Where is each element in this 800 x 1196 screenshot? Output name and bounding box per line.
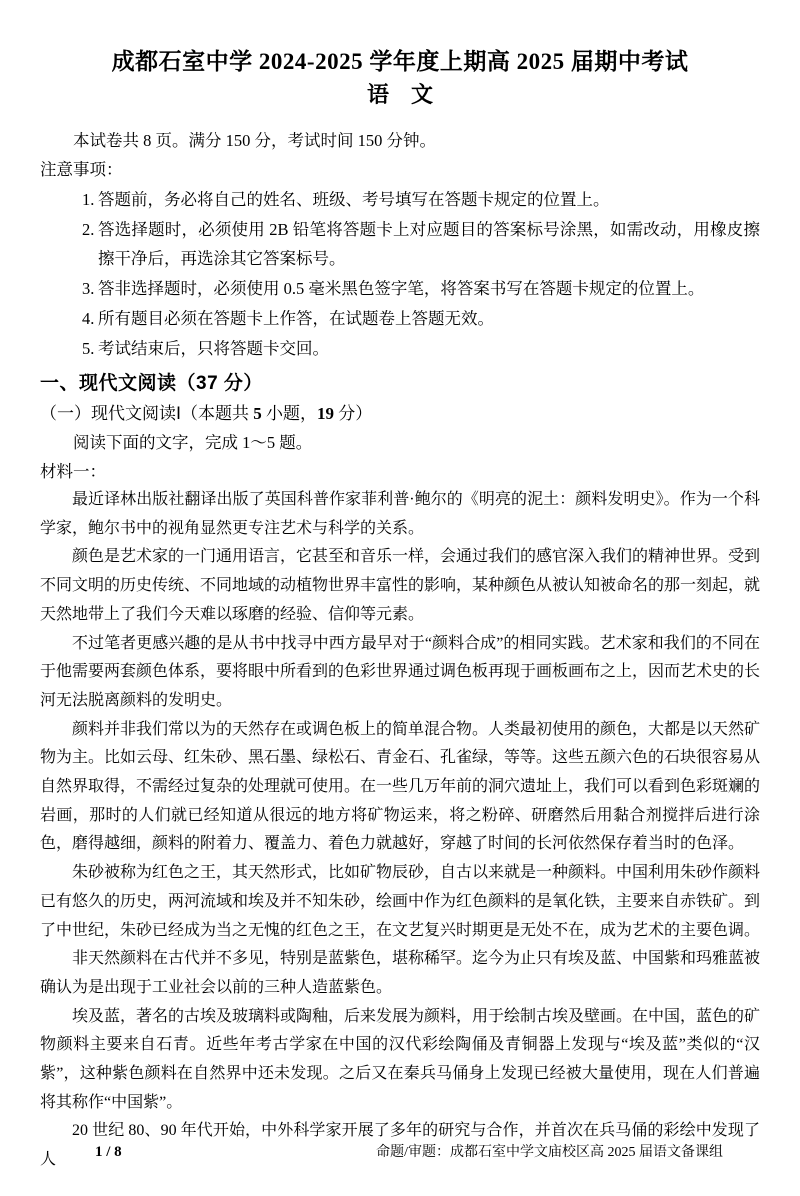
body-paragraph: 颜料并非我们常以为的天然存在或调色板上的简单混合物。人类最初使用的颜色，大都是以… bbox=[40, 716, 760, 860]
notice-item: 5. 考试结束后，只将答题卡交回。 bbox=[40, 334, 760, 363]
page-number: 1 / 8 bbox=[95, 1144, 122, 1161]
page-subtitle: 语 文 bbox=[40, 80, 760, 110]
footer-credit: 命题/审题：成都石室中学文庙校区高 2025 届语文备课组 bbox=[376, 1141, 723, 1161]
notice-item-text: 所有题目必须在答题卡上作答，在试题卷上答题无效。 bbox=[98, 309, 494, 328]
subsection-score-bold: 19 bbox=[317, 404, 334, 423]
notice-item: 1. 答题前，务必将自己的姓名、班级、考号填写在答题卡规定的位置上。 bbox=[40, 185, 760, 214]
notice-heading: 注意事项： bbox=[40, 155, 760, 184]
exam-info: 本试卷共 8 页。满分 150 分，考试时间 150 分钟。 bbox=[40, 126, 760, 155]
subsection-count-bold: 5 bbox=[253, 404, 262, 423]
body-paragraph: 埃及蓝，著名的古埃及玻璃料或陶釉，后来发展为颜料，用于绘制古埃及壁画。在中国，蓝… bbox=[40, 1003, 760, 1118]
page-footer: 1 / 8 命题/审题：成都石室中学文庙校区高 2025 届语文备课组 bbox=[40, 1141, 760, 1161]
exam-paper-page: 成都石室中学 2024-2025 学年度上期高 2025 届期中考试 语 文 本… bbox=[0, 0, 800, 1196]
body-paragraph: 最近译林出版社翻译出版了英国科普作家菲利普·鲍尔的《明亮的泥土：颜料发明史》。作… bbox=[40, 486, 760, 543]
notice-item-number: 1. bbox=[82, 185, 94, 214]
material-label: 材料一： bbox=[40, 457, 760, 486]
notice-item: 3. 答非选择题时，必须使用 0.5 毫米黑色签字笔，将答案书写在答题卡规定的位… bbox=[40, 274, 760, 303]
notice-item-text: 答非选择题时，必须使用 0.5 毫米黑色签字笔，将答案书写在答题卡规定的位置上。 bbox=[98, 279, 704, 298]
subsection-text: （一）现代文阅读Ⅰ（本题共 bbox=[40, 404, 253, 423]
notice-item-number: 4. bbox=[82, 304, 94, 333]
notice-item: 2. 答选择题时，必须使用 2B 铅笔将答题卡上对应题目的答案标号涂黑，如需改动… bbox=[40, 215, 760, 273]
section-heading: 一、现代文阅读（37 分） bbox=[40, 368, 760, 399]
body-paragraph: 颜色是艺术家的一门通用语言，它甚至和音乐一样，会通过我们的感官深入我们的精神世界… bbox=[40, 543, 760, 629]
subsection-text: 分） bbox=[334, 404, 372, 423]
body-paragraph: 朱砂被称为红色之王，其天然形式，比如矿物辰砂，自古以来就是一种颜料。中国利用朱砂… bbox=[40, 859, 760, 945]
page-title: 成都石室中学 2024-2025 学年度上期高 2025 届期中考试 bbox=[40, 46, 760, 78]
notice-item-text: 答选择题时，必须使用 2B 铅笔将答题卡上对应题目的答案标号涂黑，如需改动，用橡… bbox=[98, 220, 760, 268]
subsection-text: 小题， bbox=[262, 404, 317, 423]
subsection-heading: （一）现代文阅读Ⅰ（本题共 5 小题，19 分） bbox=[40, 399, 760, 428]
body-paragraph: 不过笔者更感兴趣的是从书中找寻中西方最早对于“颜料合成”的相同实践。艺术家和我们… bbox=[40, 630, 760, 716]
notice-item-text: 答题前，务必将自己的姓名、班级、考号填写在答题卡规定的位置上。 bbox=[98, 190, 610, 209]
notice-item-number: 2. bbox=[82, 215, 94, 244]
notice-item-number: 3. bbox=[82, 274, 94, 303]
notice-item-text: 考试结束后，只将答题卡交回。 bbox=[98, 339, 329, 358]
notice-item-number: 5. bbox=[82, 334, 94, 363]
body-paragraph: 非天然颜料在古代并不多见，特别是蓝紫色，堪称稀罕。迄今为止只有埃及蓝、中国紫和玛… bbox=[40, 945, 760, 1002]
reading-instruction: 阅读下面的文字，完成 1～5 题。 bbox=[40, 428, 760, 457]
notice-item: 4. 所有题目必须在答题卡上作答，在试题卷上答题无效。 bbox=[40, 304, 760, 333]
